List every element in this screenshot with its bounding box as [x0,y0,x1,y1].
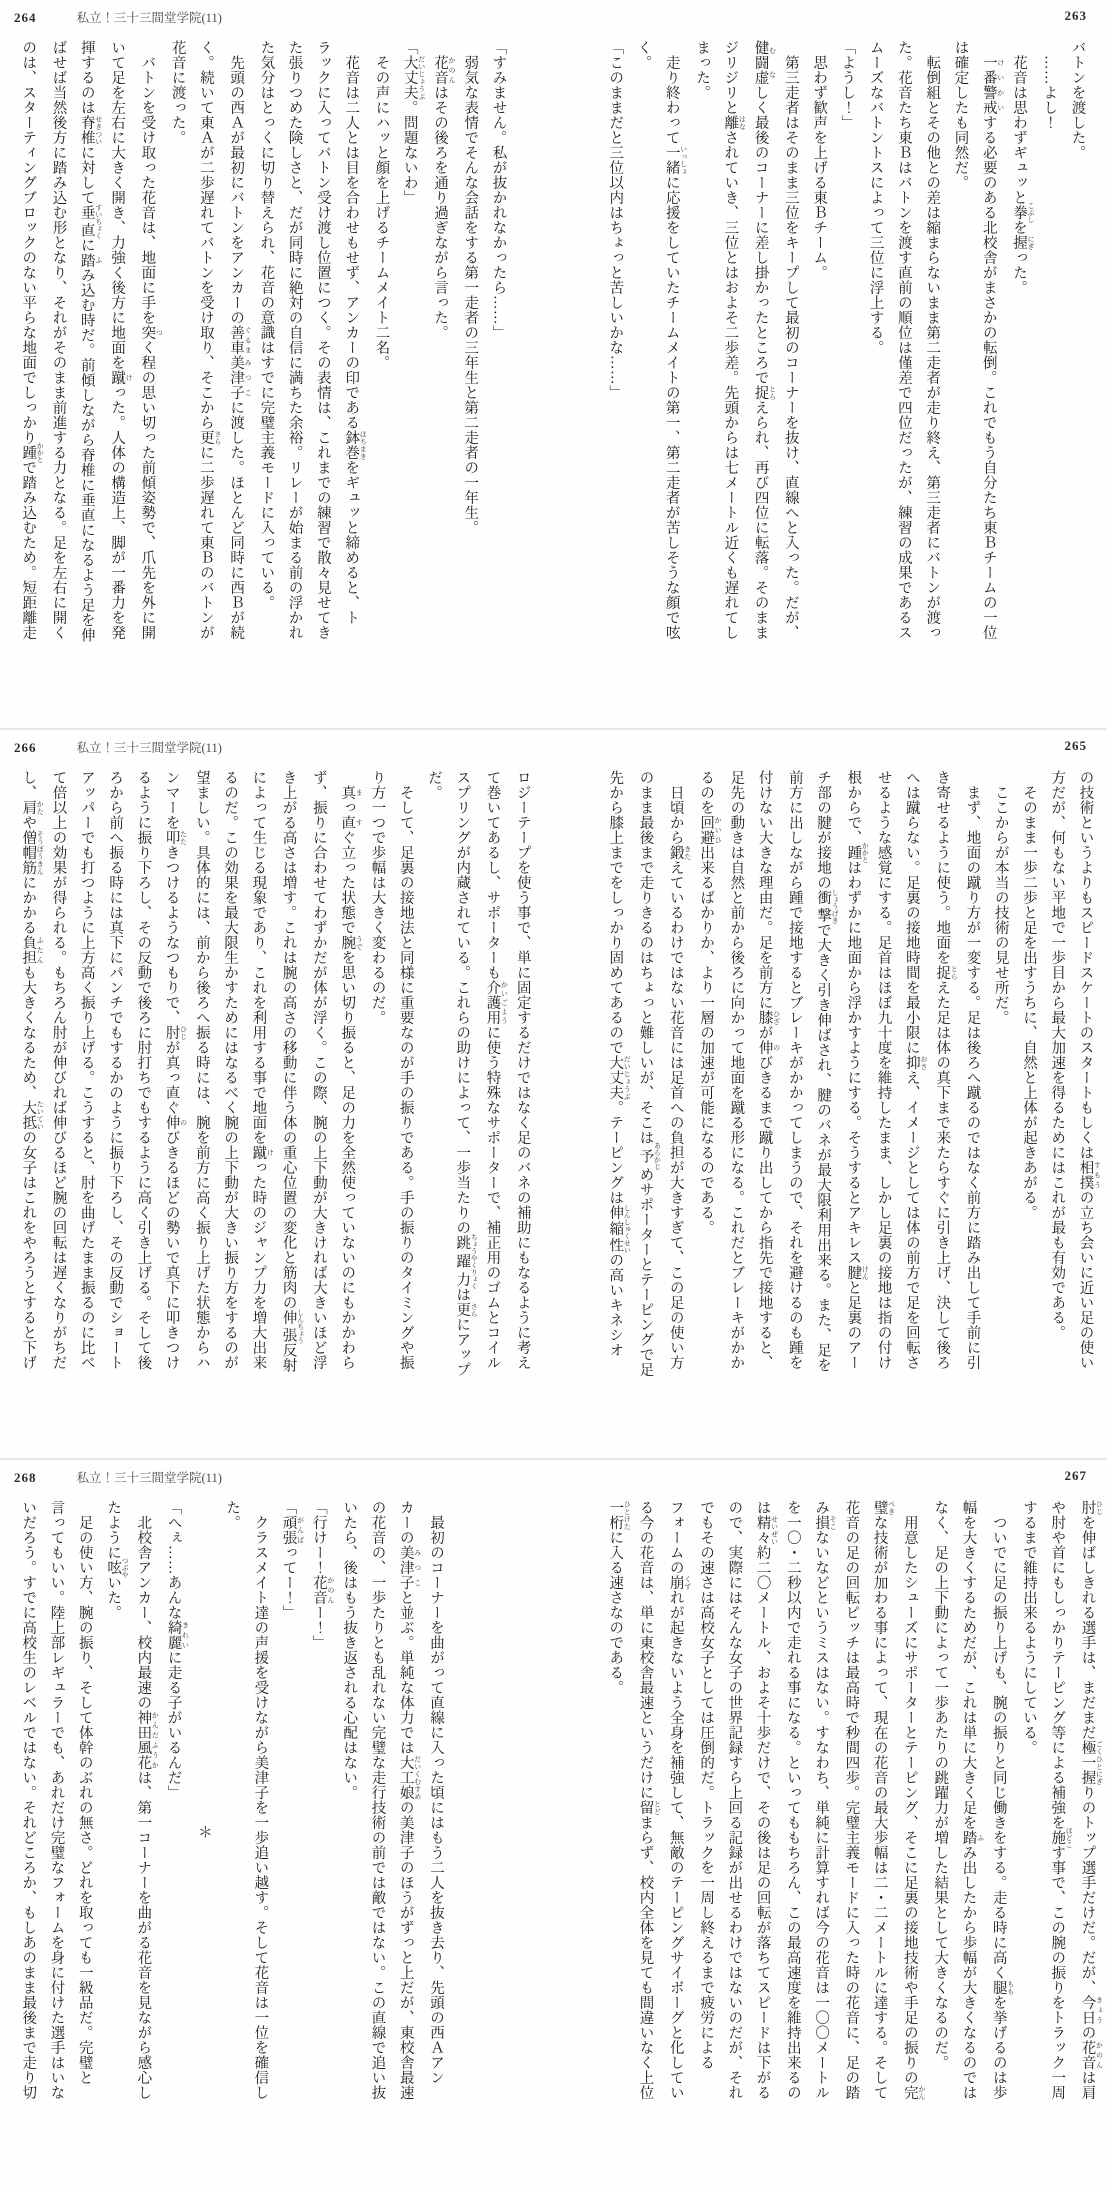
series-title: 私立！三十三間堂学院(11) [77,1471,222,1485]
text-column: ついでに足の振り上げも、腕の振りと同じ働きをする。走る時に高く腿ももを挙げるのは… [984,1500,1014,2164]
page-text: の技術というよりもスピードスケートのスタートもしくは相撲すもうの立ち会いに近い足… [601,770,1102,1434]
text-column: その声にハッと顔を上げるチームメイト二名。 [367,40,395,704]
text-column: 根からで、踵かかとはわずかに地面から浮かすようにする。そうするとアキレス腱けんと… [839,770,869,1434]
text-column: の花音の、一歩たりとも乱れない完璧な走行技術の前では敵ではない。この直線で追い抜 [363,1500,391,2164]
text-column: る今の花音は、単に東校舎最速というだけに留とどまらず、校内全体を見ても間違いなく… [631,1500,661,2164]
text-column: フォームの崩くずれが起きないよう全身を補強して、無敵のテーピングサイボーグと化し… [662,1500,692,2164]
page-number: 265 [1065,738,1088,753]
page-header-left: 268私立！三十三間堂学院(11) [14,1468,529,1492]
text-column: 前方に出しながら踵で接地するとブレーキがかかってしまうので、それを避けるのも踵を [781,770,809,1434]
text-column: いて足を左右に大きく開き、力強く後方に地面を蹴けった。人体の構造上、脚が一番力を… [103,40,133,704]
text-column: 方だが、何もない平地で一歩目から最大加速を得るためにはこれが最も有効である。 [1043,770,1071,1434]
series-title: 私立！三十三間堂学院(11) [77,11,222,25]
text-column: ジリジリと離はなされていき、三位とはおよそ二歩差。先頭からは七メートル近くも遅れ… [716,40,746,704]
text-column: 先頭の西Ａが最初にバトンをアンカーの善車ぐるま美津子みつこに渡した。ほとんど同時… [222,40,252,704]
text-column: バトンを受け取った花音は、地面に手を突つく程の思い切った前傾姿勢で、爪先を外に開 [133,40,163,704]
text-column: 用意したシューズにサポーターとテーピング、そこに足裏の接地技術や手足の振りの完か… [896,1500,926,2164]
text-column: 弱気な表情でそんな会話をする第一走者の三年生と第二走者の一年生。 [456,40,484,704]
text-column: た腕が上がりきらないいわゆる「女の子走り」になってしまう。女子でここまでしっかり [1104,1500,1107,2164]
text-column: て巻いてあるし、サポーターも介護用かいごように使う特殊なサポーターで、補正用のゴ… [478,770,508,1434]
text-column: た。花音たち東Ｂはバトンを渡す直前の順位は僅差で四位だったが、練習の成果であるス [890,40,918,704]
page-header-left: 266私立！三十三間堂学院(11) [14,738,529,762]
page-number: 267 [1065,1468,1088,1483]
page-left: 266私立！三十三間堂学院(11) ロジーテープを使う事で、単に固定するだけでは… [0,730,553,1458]
text-column: 走り終わって一緒いっしょに応援をしていたチームメイトの第一、第二走者が苦しそうな… [658,40,688,704]
text-column: 花音かのんはその後ろを通り過ぎながら言った。 [426,40,456,704]
text-column: へは蹴らない。足裏の接地時間を最小限に抑おさえ、イメージとしては体の前方で足を回… [898,770,928,1434]
text-column: た張りつめた険しさと、だが同時に絶対の自信に満ちた余裕。リレーが始まる前の浮かれ [280,40,308,704]
page-right: 265 の技術というよりもスピードスケートのスタートもしくは相撲すもうの立ち会い… [553,730,1107,1458]
page-text: バトンを渡した。 ……よし！ 花音は思わずギュッと拳こぶしを握にぎった。 一番警… [601,40,1092,704]
text-column: チ部の腱が接地の衝撃しょうげきで大きく引き伸ばされ、腱のバネが最大限利用出来る。… [809,770,839,1434]
text-column: 花音は二人とは目を合わせもせず、アンカーの印である鉢巻はちまきをギュッと締めると… [337,40,367,704]
text-column: 花音の足の回転ピッチは最高時で秒間四歩。完璧主義モードに入った時の花音に、足の踏 [837,1500,865,2164]
text-column: 璧ぺきな技術が加わる事によって、現在の花音の最大歩幅は二・二メートルに達する。そ… [865,1500,895,2164]
text-column: のは、スターティングブロックのない平らな地面でしっかり踵かかとで踏み込むため。短… [14,40,44,704]
page-number: 264 [14,10,37,25]
text-column: み損そこないなどというミスはない。すなわち、単純に計算すれば今の花音は一〇〇メー… [807,1500,837,2164]
text-column: 花音は思わずギュッと拳こぶしを握にぎった。 [1005,40,1035,704]
text-column: ンマーを叩たたきつけるようなつもりで、肘ひじが真っ直ぐ伸のびきるほどの勢いで真下… [157,770,187,1434]
text-column: ロジーテープを使う事で、単に固定するだけではなく足のバネの補助にもなるように考え [509,770,537,1434]
text-column: ……よし！ [1035,40,1063,704]
text-column: た気分はとっくに切り替えられ、花音の意識はすでに完璧主義モードに入っている。 [252,40,280,704]
page-header-right: 263 [601,8,1087,32]
text-column: でもその速さは高校女子としては圧倒的だ。トラックを一周し終えるまで疲労による [692,1500,720,2164]
page-header-right: 267 [601,1468,1087,1492]
text-column: 言ってもいい。陸上部レギュラーでも、あれだけ完璧なフォームを身に付けた選手はいな [42,1500,70,2164]
text-column: まった。 [688,40,716,704]
text-column: するまで維持出来るようにしている。 [1015,1500,1043,2164]
text-column: き上がる高さは増す。これは腕の高さの移動に伴う体の重心位置の変化と筋肉の伸張しん… [274,770,304,1434]
page-number: 263 [1065,8,1088,23]
page-right: 263 バトンを渡した。 ……よし！ 花音は思わずギュッと拳こぶしを握にぎった。… [553,0,1107,728]
text-column: や肘や首にもしっかりテーピング等による補強を施ほどこす事で、この腕の振りをトラッ… [1043,1500,1073,2164]
text-column: は精々せいぜい約二〇メートル、およそ十歩だけで、その後は足の回転が落ちてスピード… [748,1500,778,2164]
text-column: 「頑張がんばってー！」 [274,1500,304,2164]
text-column: り方一つで歩幅は大きく変わるのだ。 [363,770,391,1434]
text-column: だ。 [420,770,448,1434]
text-column: そして、足裏の接地法と同様に重要なのが手の振りである。手の振りのタイミングや振 [391,770,419,1434]
text-column: ムーズなバトントスによって三位に浮上する。 [861,40,889,704]
text-column: た。 [218,1500,246,2164]
text-column: 「このままだと三位以内はちょっと苦しいかな……」 [601,40,629,704]
text-column: まず、地面の蹴り方が一変する。足は後ろへ蹴るのではなく前方に踏み出して手前に引 [958,770,986,1434]
text-column: く。 [629,40,657,704]
text-column: 肘ひじを伸ばしきれる選手は、まだまだ極一握ごくひとにぎりのトップ選手だけだ。だが… [1073,1500,1103,2164]
text-column: ラックに入ってバトン受け渡し位置につく。その表情は、これまでの練習で散々見せてき [309,40,337,704]
text-column: るのを回避かいひ出来るばかりか、より一層の加速が可能になるのである。 [692,770,722,1434]
page-number: 266 [14,740,37,755]
page-text: 最初のコーナーを曲がって直線に入った頃にはもう二人を抜き去り、先頭の西Ａアンカー… [14,1500,450,2164]
text-column: なく、足の上下動によって一歩あたりの跳躍力が増した結果として大きくなるのだ。 [926,1500,954,2164]
text-column: を一〇・二秒以内で走れる事になる。といってももちろん、この最高速度を維持出来るの [779,1500,807,2164]
series-title: 私立！三十三間堂学院(11) [77,741,222,755]
text-column: 幅を大きくするためだが、これは単に大きく足を踏ふみ出したから歩幅が大きくなるので… [954,1500,984,2164]
text-column: ここからが本当の技術の見せ所だ。 [986,770,1014,1434]
text-column: いたら、後はもう抜き返される心配はない。 [335,1500,363,2164]
text-column: 「大丈夫だいじょうぶ。問題ないわ」 [395,40,425,704]
book: 264私立！三十三間堂学院(11) 「すみません。私が抜かれなかったら……」 弱… [0,0,1107,2192]
page-text: た腕が上がりきらないいわゆる「女の子走り」になってしまう。女子でここまでしっかり… [601,1500,1107,2164]
page-left: 264私立！三十三間堂学院(11) 「すみません。私が抜かれなかったら……」 弱… [0,0,553,728]
text-column: るのだ。この効果を最大限生かすためにはなるべく腕の上下動が大きい振り方をするのが [216,770,244,1434]
text-column: 「行けー！花音かのんー！」 [305,1500,335,2164]
text-column: 揮するのは脊椎せきついに対して垂直すいちょくに踏ふみ込む時だ。前傾しながら脊椎に… [73,40,103,704]
text-column: 最初のコーナーを曲がって直線に入った頃にはもう二人を抜き去り、先頭の西Ａアン [422,1500,450,2164]
text-column: いだろう。すでに高校生のレベルではない。それどころか、もしあのまま最後まで走り切 [14,1500,42,2164]
text-column: せるような感覚にする。足首はほぼ九十度を維持したまま、しかし足裏の接地は指の付け [869,770,897,1434]
text-column: 転倒組とその他との差は縮まらないまま第二走者が走り終え、第三走者にバトンが渡っ [918,40,946,704]
page-left: 268私立！三十三間堂学院(11) 最初のコーナーを曲がって直線に入った頃にはも… [0,1460,553,2192]
page-spread: 264私立！三十三間堂学院(11) 「すみません。私が抜かれなかったら……」 弱… [0,0,1107,730]
text-column: たように呟つぶやいた。 [99,1500,129,2164]
text-column: き寄せるように使う。地面を捉とらえた足は体の真下まで来たらすぐに引き上げ、決して… [928,770,958,1434]
text-column: 先から膝上までをしっかり固めてあるので大丈夫だいじょうぶ。テーピングは伸縮性しん… [601,770,631,1434]
section-break: ＊ [190,1500,218,2164]
text-column: 健闘虚むなしく最後のコーナーに差し掛かったところで捉とらえられ、再び四位に転落。… [746,40,776,704]
text-column: 北校舎アンカー、校内最速の神田風花かんだふうかは、第一コーナーを曲がる花音を見な… [129,1500,159,2164]
text-column: のまま最後まで走りきるのはちょっと難しいが、そこは予あらかじめサポーターとテーピ… [631,770,661,1434]
text-column: し、肩かたや僧帽筋そうぼうきんにかかる負担ふたんも大きくなるため、大抵たいていの… [14,770,44,1434]
text-column: アッパーでも打つように上方高く振り上げる。こうすると、肘を曲げたまま振るのに比べ [73,770,101,1434]
page-text: 「すみません。私が抜かれなかったら……」 弱気な表情でそんな会話をする第一走者の… [14,40,513,704]
text-column: 一番警戒けいかいする必要のある北校舎がまさかの転倒。これでもう自分たち東Ｂチーム… [974,40,1004,704]
text-column: く。続いて東Ａが二歩遅れてバトンを受け取り、そこから更さらに二歩遅れて東Ｂのバト… [192,40,222,704]
text-column: 花音に渡った。 [163,40,191,704]
text-column: 日頃から鍛きたえているわけではない花音には足首への負担が大きすぎて、この足の使い… [662,770,692,1434]
text-column: 真まっ直すぐ立った状態で腕うでを思い切り振ると、足の力を全然使っていないのにもか… [333,770,363,1434]
text-column: 一桁ひとけたに入る速さなのである。 [601,1500,631,2164]
text-column: ろから前へ振る時には真下にパンチでもするかのように振り下ろし、その反動でショート [101,770,129,1434]
page-spread: 268私立！三十三間堂学院(11) 最初のコーナーを曲がって直線に入った頃にはも… [0,1460,1107,2192]
page-right: 267 た腕が上がりきらないいわゆる「女の子走り」になってしまう。女子でここまで… [553,1460,1107,2192]
text-column: スプリングが内蔵されている。これらの助けによって、一歩当たりの跳躍力ちょうやくり… [448,770,478,1434]
text-column: 足の使い方、腕の振り、そして体幹のぶれの無さ。どれを取っても一級品だ。完璧と [71,1500,99,2164]
text-column: ので、実際にはそんな女子の世界記録すら上回る記録が出せるわけではないのだが、それ [720,1500,748,2164]
text-column: るように振り下ろし、その反動で後ろに肘打ちでもするように高く引き上げる。そして後 [129,770,157,1434]
page-text: ロジーテープを使う事で、単に固定するだけではなく足のバネの補助にもなるように考え… [14,770,537,1434]
text-column: そのまま一歩二歩と足を出すうちに、自然と上体が起きあがる。 [1015,770,1043,1434]
text-column: ばせば当然後方に踏み込む形となり、それがそのまま前進する力となる。足を左右に開く [44,40,72,704]
text-column: 付けない大きな理由だ。足を前方に膝ひざが伸のびきるまで蹴り出してから指先で接地す… [750,770,780,1434]
page-header-left: 264私立！三十三間堂学院(11) [14,8,529,32]
text-column: て倍以上の効果が得られる。もちろん肘が伸びれば伸びるほど腕の回転は遅くなりがちだ [44,770,72,1434]
text-column: バトンを渡した。 [1063,40,1091,704]
text-column: 足先の動きは自然と前から後ろに向かって地面を蹴る形になる。これだとブレーキがかか [722,770,750,1434]
text-column: は確定したも同然だ。 [946,40,974,704]
page-header-right: 265 [601,738,1087,762]
text-column: カーの美津子みつこと並ぶ。単純な体力では大工娘だいくむすめの美津子のほうがずっと… [391,1500,421,2164]
text-column: 「へぇ……あんな綺麗きれいに走る子がいるんだ」 [159,1500,189,2164]
page-spread: 266私立！三十三間堂学院(11) ロジーテープを使う事で、単に固定するだけでは… [0,730,1107,1460]
page-number: 268 [14,1470,37,1485]
text-column: によって生じる現象であり、これを利用する事で地面を蹴けった時のジャンプ力を増大出… [244,770,274,1434]
text-column: 「すみません。私が抜かれなかったら……」 [484,40,512,704]
text-column: 望ましい。具体的には、前から後ろへ振る時には、腕を前方に高く振り上げた状態からハ [188,770,216,1434]
text-column: ず、振りに合わせてわずかだが体が浮く。この際、腕の上下動が大きければ大きいほど浮 [305,770,333,1434]
text-column: 「ようし！」 [833,40,861,704]
text-column: クラスメイト達の声援を受けながら美津子を一歩追い越す。そして花音は一位を確信し [246,1500,274,2164]
text-column: 第三走者はそのまま三位をキープして最初のコーナーを抜け、直線へと入った。だが、 [777,40,805,704]
text-column: 思わず歓声を上げる東Ｂチーム。 [805,40,833,704]
text-column: の技術というよりもスピードスケートのスタートもしくは相撲すもうの立ち会いに近い足… [1071,770,1101,1434]
